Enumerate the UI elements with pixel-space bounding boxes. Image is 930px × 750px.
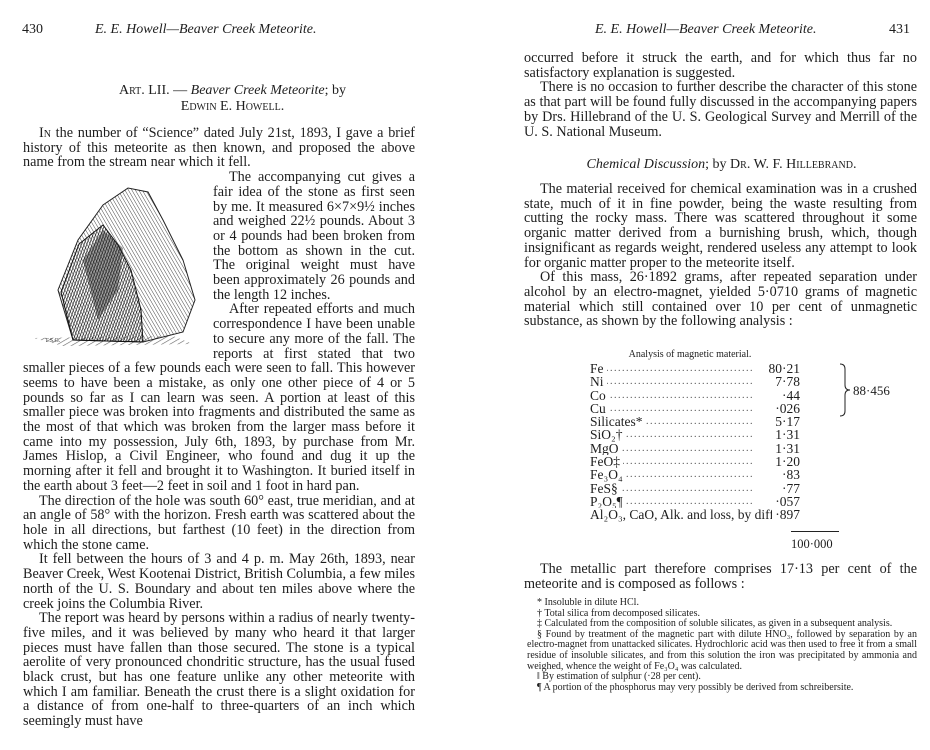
row-value: 5·17 bbox=[772, 415, 800, 428]
meteorite-illustration-icon: T.S.G. bbox=[23, 170, 205, 360]
footnote: * Insoluble in dilute HCl. bbox=[527, 598, 917, 609]
section-by: ; by bbox=[705, 157, 726, 172]
table-caption: Analysis of magnetic material. bbox=[590, 349, 790, 360]
running-title: E. E. Howell—Beaver Creek Meteorite. bbox=[95, 22, 316, 38]
paragraph-report: The report was heard by persons within a… bbox=[23, 611, 415, 729]
right-body-top: occurred before it struck the earth, and… bbox=[524, 51, 917, 139]
row-value: ·897 bbox=[772, 508, 800, 521]
paragraph-fell: It fell between the hours of 3 and 4 p. … bbox=[23, 552, 415, 611]
row-label: Cu bbox=[590, 402, 609, 415]
table-row: FeS§....................................… bbox=[590, 482, 890, 495]
row-value: ·83 bbox=[779, 468, 800, 481]
table-row: Silicates*..............................… bbox=[590, 415, 890, 428]
row-value: 7·78 bbox=[772, 375, 800, 388]
row-value: ·77 bbox=[779, 482, 800, 495]
table-row: Fe₃O₄...................................… bbox=[590, 468, 890, 481]
paragraph-occasion: There is no occasion to further describe… bbox=[524, 80, 917, 139]
row-value: 80·21 bbox=[766, 362, 801, 375]
intro-paragraph: In the number of “Science” dated July 21… bbox=[23, 126, 415, 170]
paragraph-direction: The direction of the hole was south 60° … bbox=[23, 494, 415, 553]
row-label: MgO bbox=[590, 442, 622, 455]
article-title: Beaver Creek Meteorite bbox=[191, 83, 325, 98]
right-brace-icon bbox=[839, 363, 851, 417]
intro-text: the number of “Science” dated July 21st,… bbox=[23, 125, 415, 170]
footnote: ¶ A portion of the phosphorus may very p… bbox=[527, 683, 917, 694]
row-label: SiO₂† bbox=[590, 428, 625, 441]
section-title: Chemical Discussion bbox=[587, 157, 706, 172]
page-number: 430 bbox=[22, 22, 43, 38]
row-value: ·026 bbox=[772, 402, 800, 415]
row-value: 1·31 bbox=[772, 428, 800, 441]
row-label: Ni bbox=[590, 375, 607, 388]
left-page: 430 E. E. Howell—Beaver Creek Meteorite.… bbox=[0, 0, 465, 750]
section-author: Dr. W. F. Hillebrand. bbox=[730, 157, 856, 172]
left-body: In the number of “Science” dated July 21… bbox=[23, 126, 415, 729]
article-label: Art. LII. — bbox=[119, 83, 187, 98]
footnotes: * Insoluble in dilute HCl. † Total silic… bbox=[527, 598, 917, 693]
row-label: Fe₃O₄ bbox=[590, 468, 626, 481]
analysis-total: 100·000 bbox=[791, 537, 833, 552]
paragraph-mass: Of this mass, 26·1892 grams, after repea… bbox=[524, 270, 917, 329]
row-value: 1·31 bbox=[772, 442, 800, 455]
row-label: Co bbox=[590, 389, 609, 402]
article-by: ; by bbox=[325, 83, 346, 98]
table-row: SiO₂†...................................… bbox=[590, 428, 890, 441]
right-body-bottom: The metallic part therefore comprises 17… bbox=[524, 562, 917, 591]
page-number: 431 bbox=[889, 22, 910, 38]
row-label: P₂O₅¶ bbox=[590, 495, 626, 508]
drop-word: In bbox=[39, 125, 51, 141]
svg-text:T.S.G.: T.S.G. bbox=[45, 338, 61, 344]
total-rule bbox=[791, 531, 839, 532]
row-label: FeO‡ bbox=[590, 455, 623, 468]
table-row: MgO.....................................… bbox=[590, 442, 890, 455]
footnote: § Found by treatment of the magnetic par… bbox=[527, 630, 917, 672]
row-value: 1·20 bbox=[772, 455, 800, 468]
running-title: E. E. Howell—Beaver Creek Meteorite. bbox=[595, 22, 816, 38]
row-label: Silicates* bbox=[590, 415, 646, 428]
table-row: Al₂O₃, CaO, Alk. and loss, by diff.·897 bbox=[590, 508, 890, 521]
section-heading: Chemical Discussion; by Dr. W. F. Hilleb… bbox=[525, 157, 918, 173]
table-row: FeO‡....................................… bbox=[590, 455, 890, 468]
row-label: Al₂O₃, CaO, Alk. and loss, by diff. bbox=[590, 508, 780, 521]
article-title-block: Art. LII. — Beaver Creek Meteorite; by E… bbox=[0, 83, 465, 115]
table-row: P₂O₅¶...................................… bbox=[590, 495, 890, 508]
right-body-middle: The material received for chemical exami… bbox=[524, 182, 917, 329]
paragraph-continued: occurred before it struck the earth, and… bbox=[524, 51, 917, 80]
row-label: FeS§ bbox=[590, 482, 621, 495]
meteorite-figure: T.S.G. bbox=[23, 170, 205, 360]
row-value: ·44 bbox=[779, 389, 800, 402]
article-author: Edwin E. Howell. bbox=[0, 99, 465, 115]
paragraph-material: The material received for chemical exami… bbox=[524, 182, 917, 270]
row-label: Fe bbox=[590, 362, 607, 375]
metal-subtotal: 88·456 bbox=[853, 383, 890, 399]
row-value: ·057 bbox=[772, 495, 800, 508]
analysis-table: Analysis of magnetic material. Fe.......… bbox=[590, 349, 890, 522]
paragraph-metallic: The metallic part therefore comprises 17… bbox=[524, 562, 917, 591]
